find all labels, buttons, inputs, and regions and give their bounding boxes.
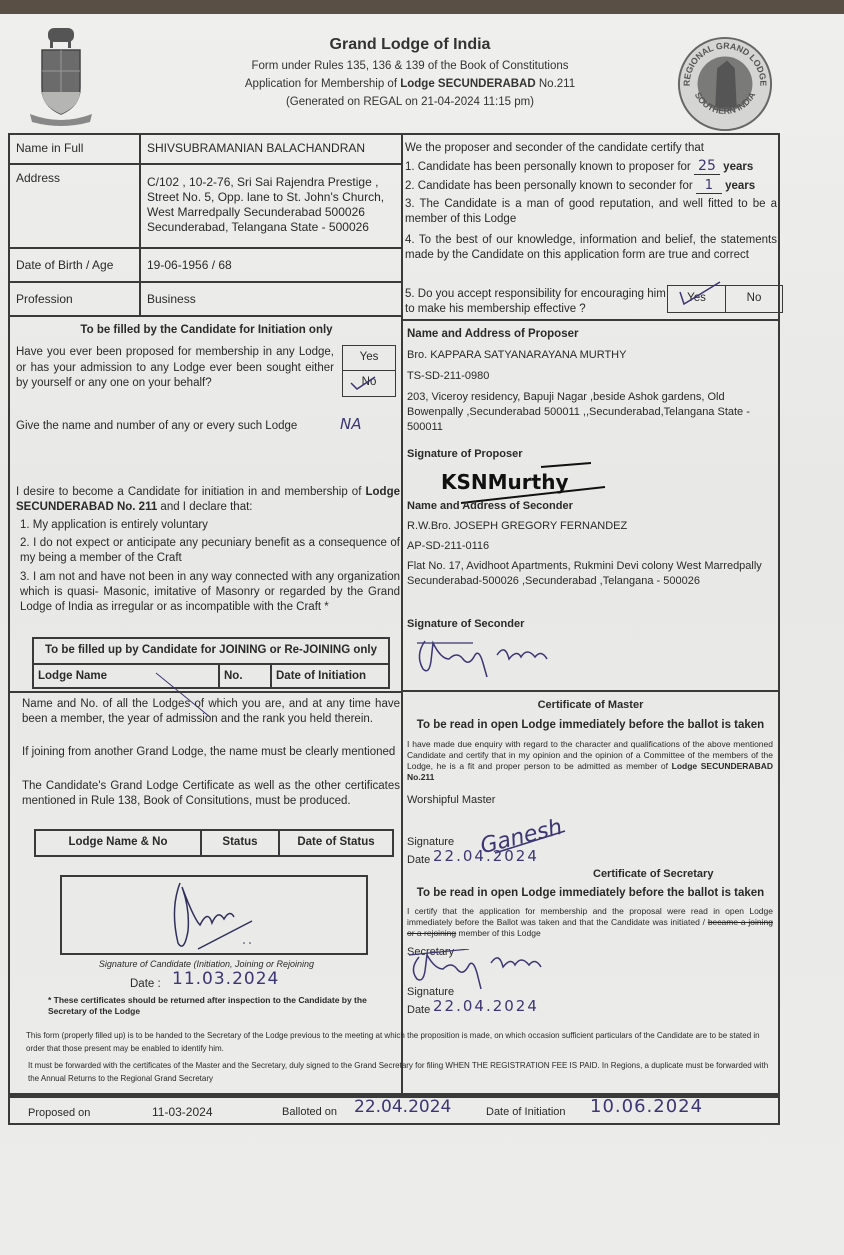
proposer-name: Bro. KAPPARA SATYANARAYANA MURTHY bbox=[407, 348, 626, 363]
initiation-question: Have you ever been proposed for membersh… bbox=[16, 345, 334, 392]
dates-row: Proposed on 11-03-2024 Balloted on 22.04… bbox=[8, 1095, 780, 1125]
secretary-heading: Certificate of Secretary bbox=[593, 867, 713, 882]
application-form: Name in Full SHIVSUBRAMANIAN BALACHANDRA… bbox=[8, 133, 780, 1098]
regional-grand-lodge-seal-icon: REGIONAL GRAND LODGE SOUTHERN INDIA bbox=[676, 34, 774, 134]
grand-lodge-crest-icon bbox=[26, 26, 96, 126]
title-block: Grand Lodge of India Form under Rules 13… bbox=[200, 36, 620, 114]
seconder-id: AP-SD-211-0116 bbox=[407, 539, 489, 554]
address-row: Address C/102 , 10-2-76, Sri Sai Rajendr… bbox=[10, 165, 403, 249]
address-value: C/102 , 10-2-76, Sri Sai Rajendra Presti… bbox=[141, 165, 390, 241]
proposed-value: 11-03-2024 bbox=[152, 1105, 213, 1120]
declaration-point-1: 1. My application is entirely voluntary bbox=[20, 518, 400, 533]
declaration: I desire to become a Candidate for initi… bbox=[16, 485, 400, 515]
note-line-2: It must be forwarded with the certificat… bbox=[28, 1059, 776, 1085]
lodge-answer: NA bbox=[340, 417, 361, 432]
certify-item-2: 2. Candidate has been personally known t… bbox=[405, 178, 777, 194]
seconder-address: Flat No. 17, Avidhoot Apartments, Rukmin… bbox=[407, 559, 775, 589]
candidate-date-label: Date : bbox=[130, 977, 161, 992]
secretary-body: I certify that the application for membe… bbox=[407, 906, 773, 939]
candidate-date-value: 11.03.2024 bbox=[172, 972, 279, 987]
dob-row: Date of Birth / Age 19-06-1956 / 68 bbox=[10, 249, 403, 283]
address-label: Address bbox=[10, 165, 141, 247]
seconder-signature bbox=[413, 635, 573, 683]
certify-intro: We the proposer and seconder of the cand… bbox=[405, 141, 777, 156]
master-subheading: To be read in open Lodge immediately bef… bbox=[403, 718, 778, 733]
checkmark-icon bbox=[674, 280, 724, 310]
seconder-signature-label: Signature of Seconder bbox=[407, 617, 524, 632]
option-yes[interactable]: Yes bbox=[668, 286, 726, 312]
secretary-subheading: To be read in open Lodge immediately bef… bbox=[403, 886, 778, 901]
divider bbox=[403, 690, 778, 692]
left-column: Name in Full SHIVSUBRAMANIAN BALACHANDRA… bbox=[10, 135, 403, 1096]
checkmark-icon bbox=[349, 373, 379, 391]
declaration-point-3: 3. I am not and have not been in any way… bbox=[20, 570, 400, 615]
col-date-initiation: Date of Initiation bbox=[272, 665, 388, 689]
initiation-heading: To be filled by the Candidate for Initia… bbox=[10, 323, 403, 338]
name-row: Name in Full SHIVSUBRAMANIAN BALACHANDRA… bbox=[10, 135, 403, 165]
seconder-years: 1 bbox=[696, 178, 722, 194]
secretary-date-value: 22.04.2024 bbox=[433, 999, 539, 1014]
generated-line: (Generated on REGAL on 21-04-2024 11:15 … bbox=[200, 96, 620, 108]
dob-value: 19-06-1956 / 68 bbox=[141, 249, 238, 279]
profession-row: Profession Business bbox=[10, 283, 403, 317]
form-subtitle: Form under Rules 135, 136 & 139 of the B… bbox=[200, 60, 620, 72]
joining-para-3: The Candidate's Grand Lodge Certificate … bbox=[22, 779, 400, 809]
divider bbox=[403, 319, 778, 321]
certificates-note: * These certificates should be returned … bbox=[48, 995, 398, 1017]
divider bbox=[10, 691, 403, 693]
candidate-signature-box[interactable] bbox=[60, 875, 368, 955]
master-date-label: Date bbox=[407, 853, 430, 868]
joining-table: To be filled up by Candidate for JOINING… bbox=[32, 637, 390, 689]
secretary-date-label: Date bbox=[407, 1003, 430, 1018]
option-no[interactable]: No bbox=[343, 371, 395, 396]
lodge-prompt: Give the name and number of any or every… bbox=[16, 419, 297, 434]
certify-item-4: 4. To the best of our knowledge, informa… bbox=[405, 233, 777, 263]
proposer-id: TS-SD-211-0980 bbox=[407, 369, 489, 384]
profession-label: Profession bbox=[10, 283, 141, 315]
application-line: Application for Membership of Lodge SECU… bbox=[200, 78, 620, 90]
proposer-years: 25 bbox=[694, 159, 720, 175]
master-date-value: 22.04.2024 bbox=[433, 849, 539, 864]
certify-item-3: 3. The Candidate is a man of good reputa… bbox=[405, 197, 777, 227]
responsibility-options: Yes No bbox=[667, 285, 783, 313]
balloted-value: 22.04.2024 bbox=[354, 1100, 451, 1115]
certify-item-5: 5. Do you accept responsibility for enco… bbox=[405, 287, 667, 317]
col-status: Status bbox=[202, 831, 280, 855]
profession-value: Business bbox=[141, 283, 202, 313]
submission-notes: This form (properly filled up) is to be … bbox=[8, 1023, 780, 1095]
prior-proposal-options: Yes No bbox=[342, 345, 396, 397]
initiation-label: Date of Initiation bbox=[486, 1105, 566, 1120]
declaration-point-2: 2. I do not expect or anticipate any pec… bbox=[20, 536, 400, 566]
proposed-label: Proposed on bbox=[28, 1106, 90, 1121]
joining-para-2: If joining from another Grand Lodge, the… bbox=[22, 745, 400, 760]
status-table: Lodge Name & No Status Date of Status bbox=[34, 829, 394, 857]
form-header: Grand Lodge of India Form under Rules 13… bbox=[0, 22, 844, 130]
col-date-status: Date of Status bbox=[280, 831, 392, 855]
name-label: Name in Full bbox=[10, 135, 141, 163]
col-lodge-name-no: Lodge Name & No bbox=[36, 831, 202, 855]
proposer-heading: Name and Address of Proposer bbox=[407, 327, 578, 342]
joining-heading: To be filled up by Candidate for JOINING… bbox=[34, 643, 388, 658]
balloted-label: Balloted on bbox=[282, 1105, 337, 1120]
form-title: Grand Lodge of India bbox=[200, 36, 620, 54]
candidate-signature bbox=[168, 879, 278, 953]
master-body: I have made due enquiry with regard to t… bbox=[407, 739, 773, 783]
seconder-heading: Name and Address of Seconder bbox=[407, 499, 573, 514]
proposer-signature-label: Signature of Proposer bbox=[407, 447, 523, 462]
col-no: No. bbox=[220, 665, 272, 689]
joining-para-1: Name and No. of all the Lodges of which … bbox=[22, 697, 400, 727]
master-heading: Certificate of Master bbox=[403, 698, 778, 713]
dob-label: Date of Birth / Age bbox=[10, 249, 141, 281]
certify-item-1: 1. Candidate has been personally known t… bbox=[405, 159, 777, 175]
right-column: We the proposer and seconder of the cand… bbox=[403, 135, 778, 1025]
proposer-address: 203, Viceroy residency, Bapuji Nagar ,be… bbox=[407, 390, 775, 435]
option-no[interactable]: No bbox=[726, 286, 782, 312]
option-yes[interactable]: Yes bbox=[343, 346, 395, 371]
name-value: SHIVSUBRAMANIAN BALACHANDRAN bbox=[141, 135, 371, 162]
initiation-value: 10.06.2024 bbox=[590, 1099, 703, 1114]
seconder-name: R.W.Bro. JOSEPH GREGORY FERNANDEZ bbox=[407, 519, 627, 534]
svg-text:KSNMurthy: KSNMurthy bbox=[441, 470, 568, 494]
note-line-1: This form (properly filled up) is to be … bbox=[26, 1029, 776, 1055]
